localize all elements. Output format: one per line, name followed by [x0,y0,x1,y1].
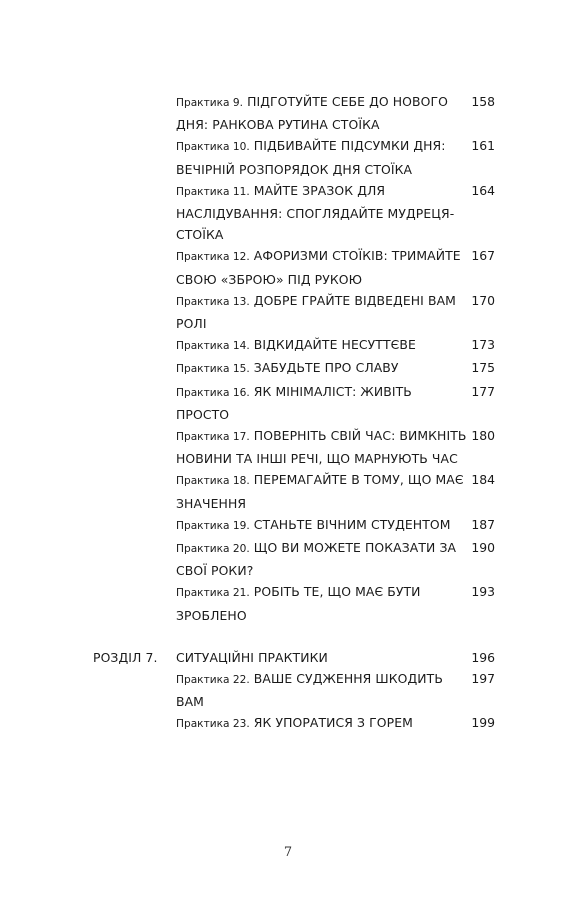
practice-number: Практика 17. [176,431,250,443]
toc-entry[interactable]: Практика 22. ВАШЕ СУДЖЕННЯ ШКОДИТЬ ВАМ 1… [0,668,576,712]
toc-entry[interactable]: Практика 13. ДОБРЕ ГРАЙТЕ ВІДВЕДЕНІ ВАМ … [0,290,576,334]
page-number: 175 [471,357,495,378]
toc-entry[interactable]: Практика 19. СТАНЬТЕ ВІЧНИМ СТУДЕНТОМ 18… [0,514,576,537]
page-number: 199 [471,712,495,733]
practice-number: Практика 18. [176,475,250,487]
chapter-label: РОЗДІЛ 7. [93,647,157,668]
toc-chapter-7[interactable]: РОЗДІЛ 7. СИТУАЦІЙНІ ПРАКТИКИ 196 [0,647,576,668]
page-number: 158 [471,91,495,112]
toc-entry[interactable]: Практика 12. АФОРИЗМИ СТОЇКІВ: ТРИМАЙТЕ … [0,245,576,289]
practice-number: Практика 20. [176,543,250,555]
practice-title: СТАНЬТЕ ВІЧНИМ СТУДЕНТОМ [254,517,451,532]
practice-title: ЗАБУДЬТЕ ПРО СЛАВУ [254,360,399,375]
practice-title: ЯК УПОРАТИСЯ З ГОРЕМ [254,715,413,730]
page-number: 196 [471,647,495,668]
practice-list-part1: Практика 9. ПІДГОТУЙТЕ СЕБЕ ДО НОВОГО ДН… [0,91,576,626]
toc-entry[interactable]: Практика 17. ПОВЕРНІТЬ СВІЙ ЧАС: ВИМКНІТ… [0,425,576,469]
chapter-title: СИТУАЦІЙНІ ПРАКТИКИ [176,650,328,665]
toc-entry[interactable]: Практика 11. МАЙТЕ ЗРАЗОК ДЛЯ НАСЛІДУВАН… [0,180,576,246]
practice-number: Практика 10. [176,141,250,153]
page-number: 170 [471,290,495,311]
toc-entry[interactable]: Практика 16. ЯК МІНІМАЛІСТ: ЖИВІТЬ ПРОСТ… [0,381,576,425]
page-number: 167 [471,245,495,266]
table-of-contents: Практика 9. ПІДГОТУЙТЕ СЕБЕ ДО НОВОГО ДН… [0,91,576,736]
practice-number: Практика 22. [176,674,250,686]
toc-entry[interactable]: Практика 23. ЯК УПОРАТИСЯ З ГОРЕМ 199 [0,712,576,735]
toc-entry[interactable]: Практика 10. ПІДБИВАЙТЕ ПІДСУМКИ ДНЯ: ВЕ… [0,135,576,179]
page-number: 187 [471,514,495,535]
practice-number: Практика 15. [176,363,250,375]
page-number: 197 [471,668,495,689]
practice-number: Практика 14. [176,340,250,352]
practice-title: ВІДКИДАЙТЕ НЕСУТТЄВЕ [254,337,416,352]
toc-entry[interactable]: Практика 15. ЗАБУДЬТЕ ПРО СЛАВУ 175 [0,357,576,380]
page-number: 164 [471,180,495,201]
page-number: 184 [471,469,495,490]
practice-number: Практика 9. [176,97,243,109]
practice-number: Практика 23. [176,718,250,730]
page-number: 177 [471,381,495,402]
practice-number: Практика 11. [176,186,250,198]
toc-entry[interactable]: Практика 20. ЩО ВИ МОЖЕТЕ ПОКАЗАТИ ЗА СВ… [0,537,576,581]
practice-list-part2: Практика 22. ВАШЕ СУДЖЕННЯ ШКОДИТЬ ВАМ 1… [0,668,576,736]
practice-number: Практика 16. [176,387,250,399]
toc-entry[interactable]: Практика 21. РОБІТЬ ТЕ, ЩО МАЄ БУТИ ЗРОБ… [0,581,576,625]
page-number: 193 [471,581,495,602]
practice-number: Практика 21. [176,587,250,599]
practice-number: Практика 13. [176,296,250,308]
toc-entry[interactable]: Практика 18. ПЕРЕМАГАЙТЕ В ТОМУ, ЩО МАЄ … [0,469,576,513]
practice-number: Практика 19. [176,520,250,532]
page-footer-number: 7 [0,845,576,860]
toc-entry[interactable]: Практика 9. ПІДГОТУЙТЕ СЕБЕ ДО НОВОГО ДН… [0,91,576,135]
page-number: 190 [471,537,495,558]
toc-entry[interactable]: Практика 14. ВІДКИДАЙТЕ НЕСУТТЄВЕ 173 [0,334,576,357]
page-number: 180 [471,425,495,446]
page-number: 161 [471,135,495,156]
practice-number: Практика 12. [176,251,250,263]
page-number: 173 [471,334,495,355]
chapter-spacer [0,626,576,647]
